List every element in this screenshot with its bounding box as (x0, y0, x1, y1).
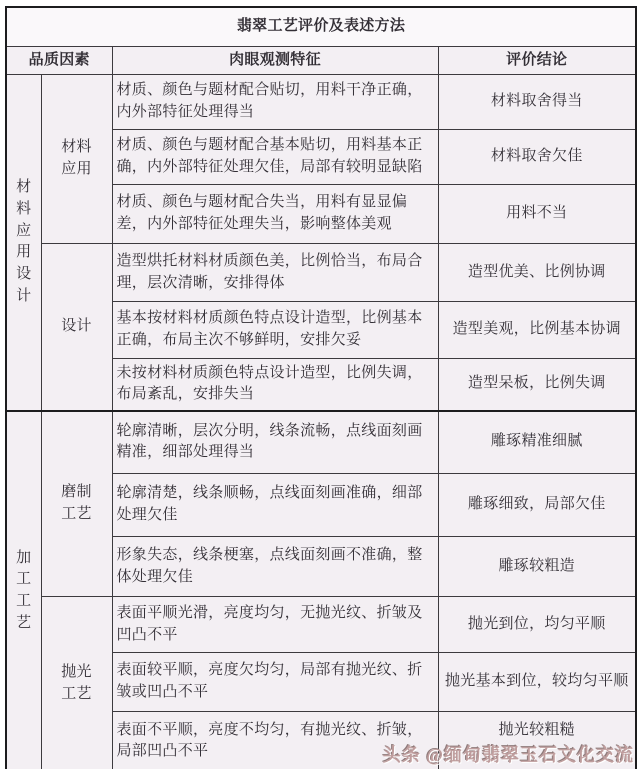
header-evaluation-conclusion: 评价结论 (438, 47, 636, 75)
group-processing-craft: 加工 工艺 (6, 411, 41, 769)
feature-text: 造型烘托材料材质颜色美，比例恰当，布局合理，层次清晰，安排得体 (112, 244, 438, 302)
group-material-application-design: 材料 应用 设计 (6, 75, 41, 411)
table-row: 抛光 工艺 表面平顺光滑，亮度均匀，无抛光纹、折皱及凹凸不平 抛光到位，均匀平顺 (6, 597, 636, 653)
conclusion-text: 造型美观，比例基本协调 (438, 302, 636, 359)
header-quality-factor: 品质因素 (6, 47, 112, 75)
document-page: 翡翠工艺评价及表述方法 品质因素 肉眼观测特征 评价结论 材料 应用 设计 材料… (0, 0, 640, 769)
feature-text: 材质、颜色与题材配合失当，用料有显显偏差，内外部特征处理失当，影响整体美观 (112, 185, 438, 244)
feature-text: 表面平顺光滑，亮度均匀，无抛光纹、折皱及凹凸不平 (112, 597, 438, 653)
subgroup-grinding-craft: 磨制 工艺 (41, 411, 112, 597)
conclusion-text: 材料取舍欠佳 (438, 130, 636, 185)
conclusion-text: 雕琢细致，局部欠佳 (438, 474, 636, 537)
table-title: 翡翠工艺评价及表述方法 (6, 7, 636, 47)
header-visual-feature: 肉眼观测特征 (112, 47, 438, 75)
conclusion-text: 雕琢精准细腻 (438, 411, 636, 474)
subgroup-design: 设计 (41, 244, 112, 411)
conclusion-text: 造型呆板，比例失调 (438, 359, 636, 411)
feature-text: 未按材料材质颜色特点设计造型，比例失调，布局紊乱，安排失当 (112, 359, 438, 411)
table-row: 加工 工艺 磨制 工艺 轮廓清晰，层次分明，线条流畅，点线面刻画精准，细部处理得… (6, 411, 636, 474)
conclusion-text: 材料取舍得当 (438, 75, 636, 130)
conclusion-text: 抛光较粗糙 (438, 712, 636, 769)
jade-craft-evaluation-table: 翡翠工艺评价及表述方法 品质因素 肉眼观测特征 评价结论 材料 应用 设计 材料… (5, 6, 637, 769)
conclusion-text: 抛光到位，均匀平顺 (438, 597, 636, 653)
header-row: 品质因素 肉眼观测特征 评价结论 (6, 47, 636, 75)
conclusion-text: 雕琢较粗造 (438, 537, 636, 597)
subgroup-material-application: 材料 应用 (41, 75, 112, 244)
feature-text: 表面不平顺，亮度不均匀，有抛光纹、折皱，局部凹凸不平 (112, 712, 438, 769)
feature-text: 基本按材料材质颜色特点设计造型，比例基本正确，布局主次不够鲜明，安排欠妥 (112, 302, 438, 359)
table-row: 设计 造型烘托材料材质颜色美，比例恰当，布局合理，层次清晰，安排得体 造型优美、… (6, 244, 636, 302)
feature-text: 轮廓清楚，线条顺畅，点线面刻画准确，细部处理欠佳 (112, 474, 438, 537)
feature-text: 轮廓清晰，层次分明，线条流畅，点线面刻画精准，细部处理得当 (112, 411, 438, 474)
feature-text: 材质、颜色与题材配合基本贴切，用料基本正确，内外部特征处理欠佳，局部有较明显缺陷 (112, 130, 438, 185)
feature-text: 形象失态，线条梗塞，点线面刻画不准确，整体处理欠佳 (112, 537, 438, 597)
feature-text: 表面较平顺，亮度欠均匀，局部有抛光纹、折皱或凹凸不平 (112, 653, 438, 712)
feature-text: 材质、颜色与题材配合贴切，用料干净正确，内外部特征处理得当 (112, 75, 438, 130)
title-row: 翡翠工艺评价及表述方法 (6, 7, 636, 47)
conclusion-text: 造型优美、比例协调 (438, 244, 636, 302)
subgroup-polishing-craft: 抛光 工艺 (41, 597, 112, 769)
table-row: 材料 应用 设计 材料 应用 材质、颜色与题材配合贴切，用料干净正确，内外部特征… (6, 75, 636, 130)
conclusion-text: 抛光基本到位，较均匀平顺 (438, 653, 636, 712)
conclusion-text: 用料不当 (438, 185, 636, 244)
